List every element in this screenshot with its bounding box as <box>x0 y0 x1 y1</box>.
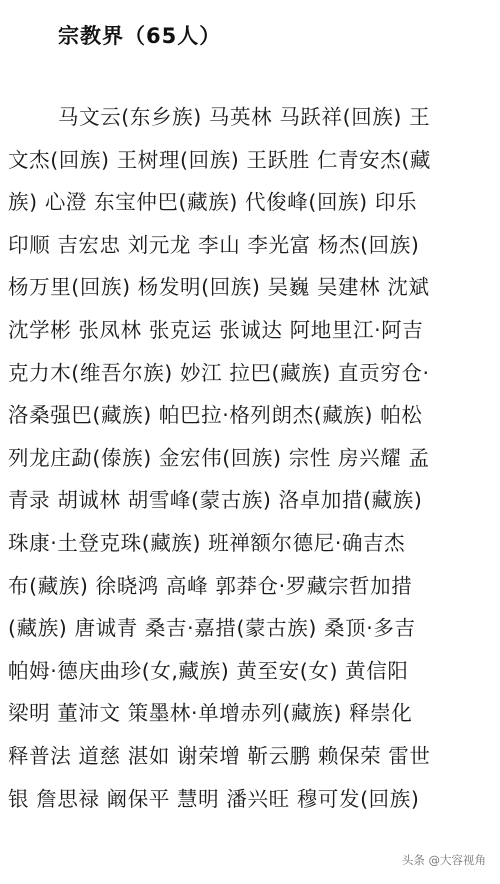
text-line: 印顺 吉宏忠 刘元龙 李山 李光富 杨杰(回族) <box>8 224 498 267</box>
name-list-paragraph: 马文云(东乡族) 马英林 马跃祥(回族) 王 文杰(回族) 王树理(回族) 王跃… <box>8 96 498 820</box>
text-line: 梁明 董沛文 策墨林·单增赤列(藏族) 释崇化 <box>8 692 498 735</box>
text-line: 克力木(维吾尔族) 妙江 拉巴(藏族) 直贡穷仓· <box>8 352 498 395</box>
section-title: 宗教界（65人） <box>58 20 221 50</box>
text-line: (藏族) 唐诚青 桑吉·嘉措(蒙古族) 桑顶·多吉 <box>8 607 498 650</box>
text-line: 马文云(东乡族) 马英林 马跃祥(回族) 王 <box>8 96 498 139</box>
text-line: 族) 心澄 东宝仲巴(藏族) 代俊峰(回族) 印乐 <box>8 181 498 224</box>
watermark: 头条 @大容视角 <box>402 852 486 868</box>
text-line: 青录 胡诚林 胡雪峰(蒙古族) 洛卓加措(藏族) <box>8 479 498 522</box>
text-line: 文杰(回族) 王树理(回族) 王跃胜 仁青安杰(藏 <box>8 139 498 182</box>
text-line: 洛桑强巴(藏族) 帕巴拉·格列朗杰(藏族) 帕松 <box>8 394 498 437</box>
text-line: 列龙庄勐(傣族) 金宏伟(回族) 宗性 房兴耀 孟 <box>8 437 498 480</box>
text-line: 帕姆·德庆曲珍(女,藏族) 黄至安(女) 黄信阳 <box>8 650 498 693</box>
text-line: 珠康·土登克珠(藏族) 班禅额尔德尼·确吉杰 <box>8 522 498 565</box>
text-line: 布(藏族) 徐晓鸿 高峰 郭莽仓·罗藏宗哲加措 <box>8 565 498 608</box>
text-line: 杨万里(回族) 杨发明(回族) 吴巍 吴建林 沈斌 <box>8 266 498 309</box>
text-line: 释普法 道慈 湛如 谢荣增 靳云鹏 赖保荣 雷世 <box>8 735 498 778</box>
text-line: 沈学彬 张凤林 张克运 张诚达 阿地里江·阿吉 <box>8 309 498 352</box>
text-line: 银 詹思禄 阚保平 慧明 潘兴旺 穆可发(回族) <box>8 778 498 821</box>
